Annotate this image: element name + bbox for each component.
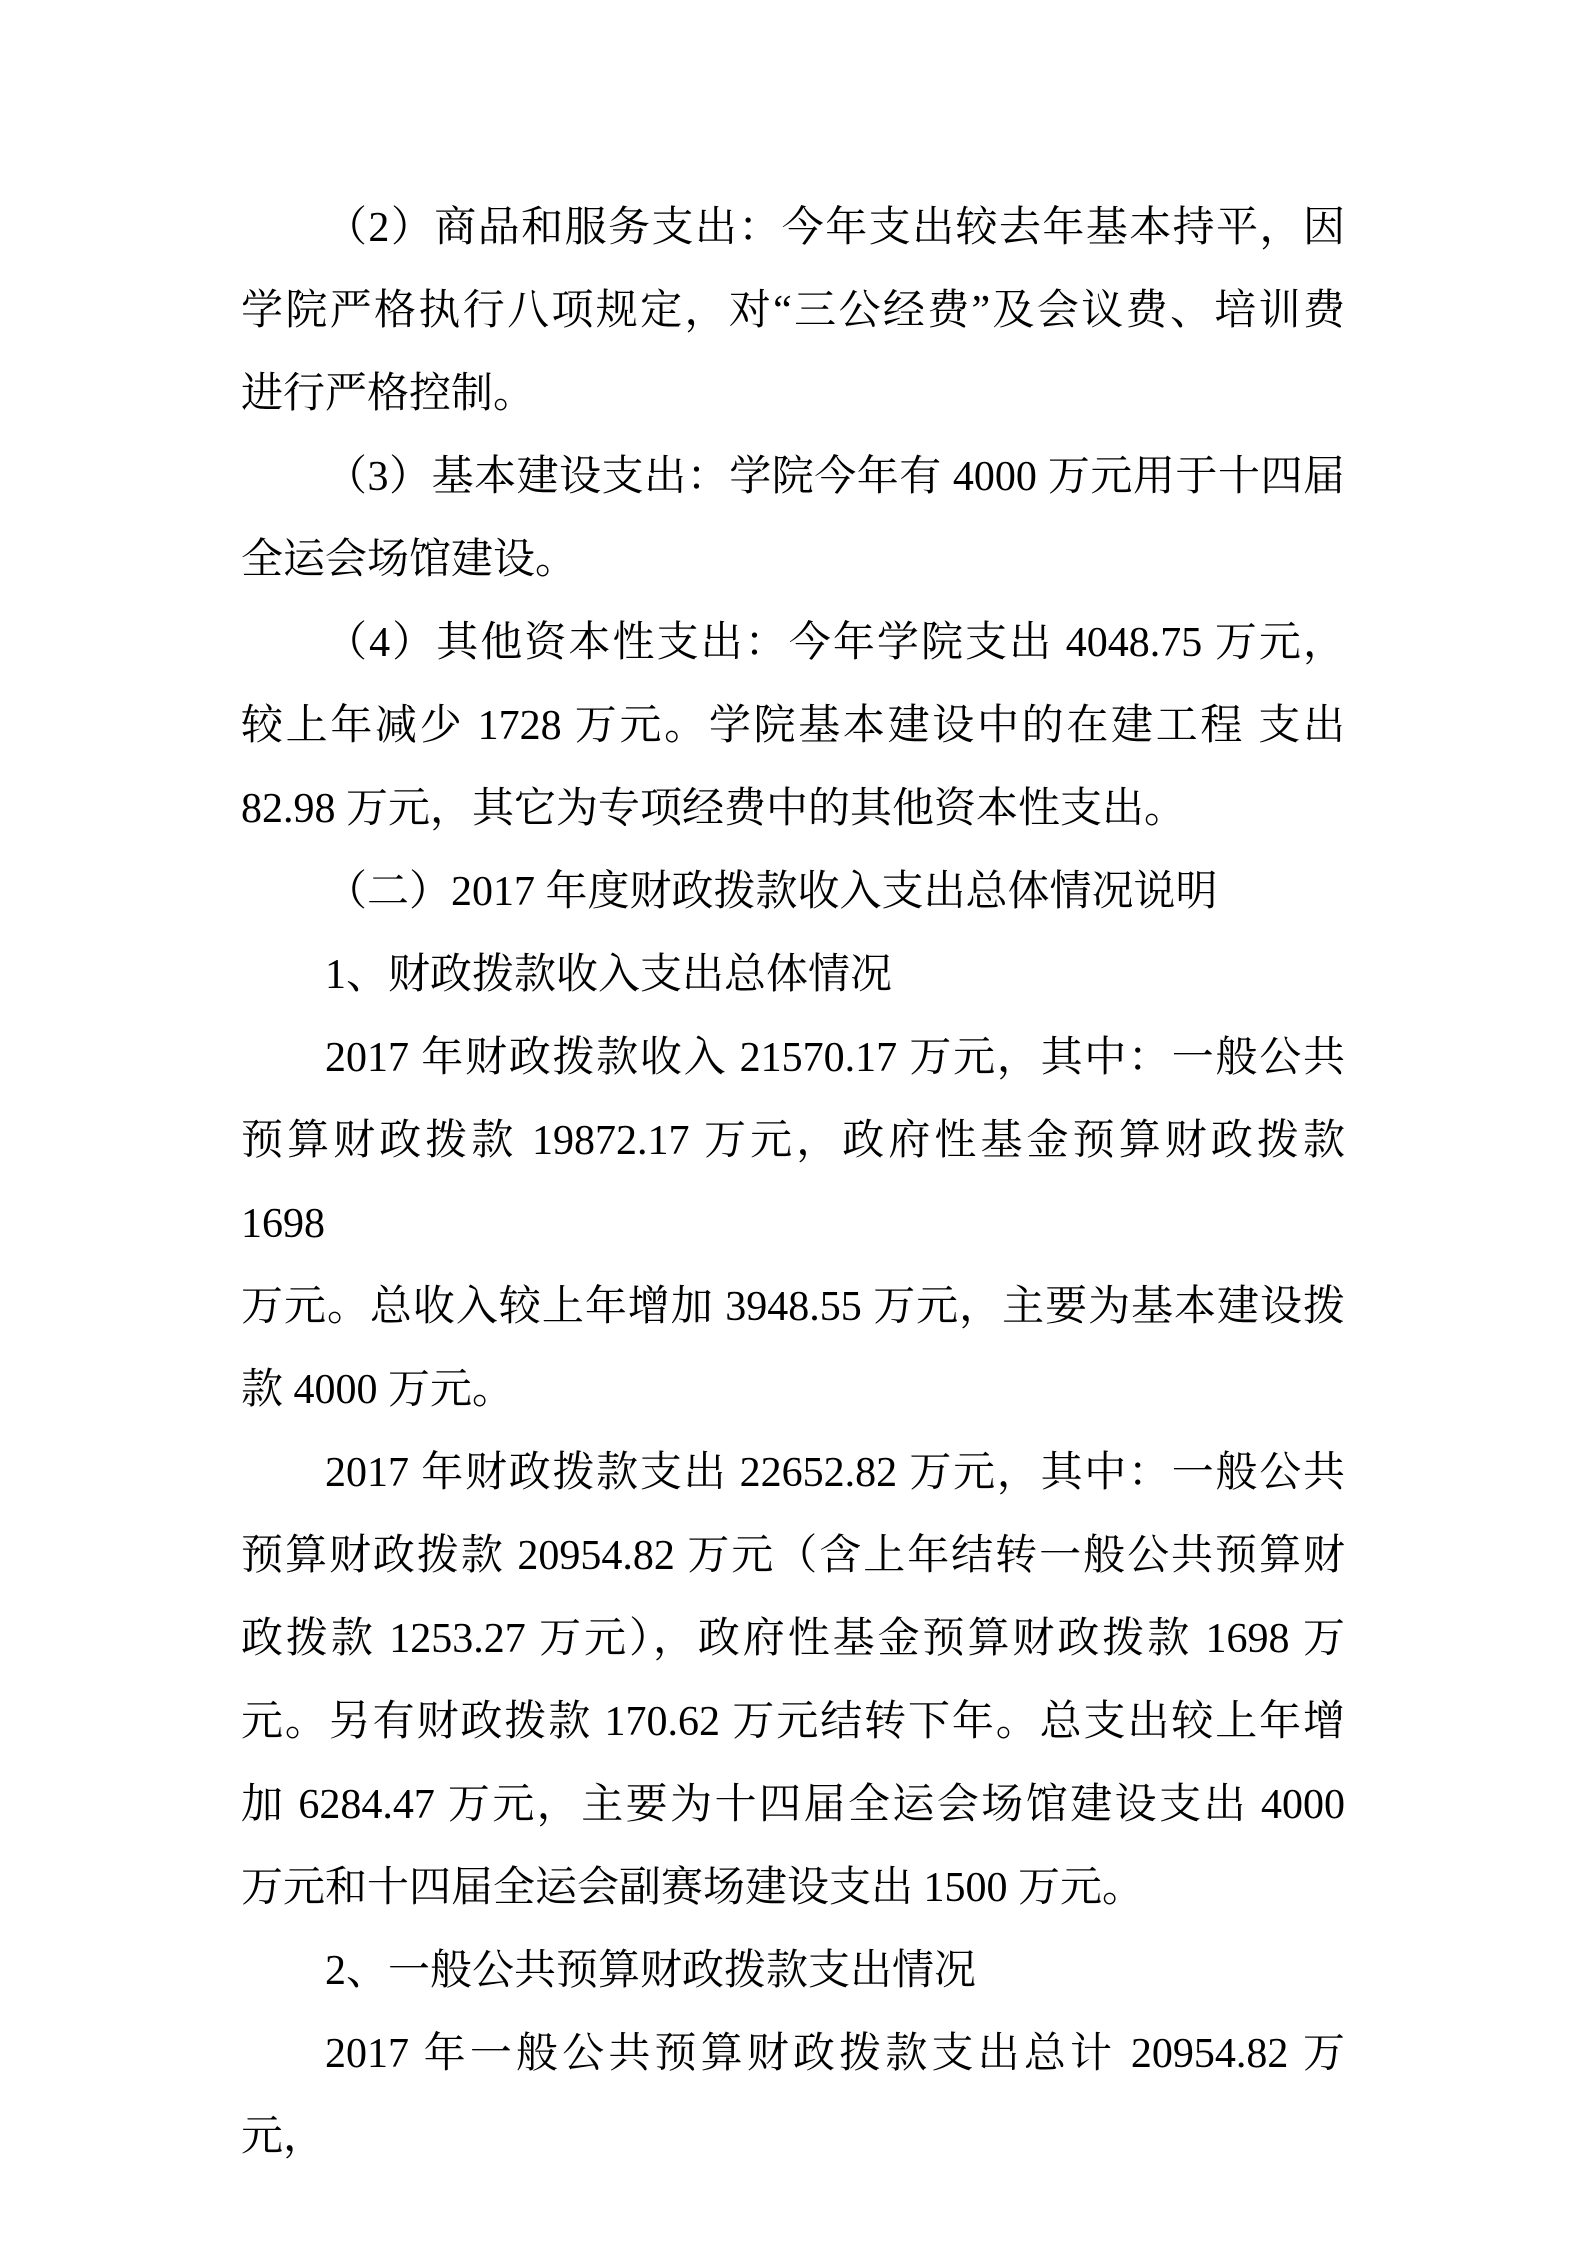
text-line: 2017 年财政拨款收入 21570.17 万元，其中：一般公共: [241, 1017, 1345, 1100]
text-line: （二）2017 年度财政拨款收入支出总体情况说明: [241, 851, 1345, 934]
text-line: 2、一般公共预算财政拨款支出情况: [241, 1930, 1345, 2013]
paragraph: 2017 年财政拨款支出 22652.82 万元，其中：一般公共 预算财政拨款 …: [241, 1432, 1345, 1930]
paragraph-subsection-heading: 1、财政拨款收入支出总体情况: [241, 934, 1345, 1017]
text-line: 1、财政拨款收入支出总体情况: [241, 934, 1345, 1017]
paragraph: （2）商品和服务支出：今年支出较去年基本持平，因 学院严格执行八项规定，对“三公…: [241, 187, 1345, 436]
paragraph: （4）其他资本性支出：今年学院支出 4048.75 万元， 较上年减少 1728…: [241, 602, 1345, 851]
text-line: （4）其他资本性支出：今年学院支出 4048.75 万元，: [241, 602, 1345, 685]
text-line: 82.98 万元，其它为专项经费中的其他资本性支出。: [241, 768, 1345, 851]
text-line: 政拨款 1253.27 万元），政府性基金预算财政拨款 1698 万: [241, 1598, 1345, 1681]
text-line: 2017 年财政拨款支出 22652.82 万元，其中：一般公共: [241, 1432, 1345, 1515]
text-line: 进行严格控制。: [241, 353, 1345, 436]
paragraph: 2017 年一般公共预算财政拨款支出总计 20954.82 万元，: [241, 2013, 1345, 2179]
text-line: 学院严格执行八项规定，对“三公经费”及会议费、培训费: [241, 270, 1345, 353]
text-line: 万元。总收入较上年增加 3948.55 万元，主要为基本建设拨: [241, 1266, 1345, 1349]
text-line: （3）基本建设支出：学院今年有 4000 万元用于十四届: [241, 436, 1345, 519]
text-line: 款 4000 万元。: [241, 1349, 1345, 1432]
paragraph: （3）基本建设支出：学院今年有 4000 万元用于十四届 全运会场馆建设。: [241, 436, 1345, 602]
document-body-text: （2）商品和服务支出：今年支出较去年基本持平，因 学院严格执行八项规定，对“三公…: [241, 187, 1345, 2179]
text-line: 万元和十四届全运会副赛场建设支出 1500 万元。: [241, 1847, 1345, 1930]
paragraph-subsection-heading: 2、一般公共预算财政拨款支出情况: [241, 1930, 1345, 2013]
text-line: 预算财政拨款 20954.82 万元（含上年结转一般公共预算财: [241, 1515, 1345, 1598]
text-line: 2017 年一般公共预算财政拨款支出总计 20954.82 万元，: [241, 2013, 1345, 2179]
text-line: 预算财政拨款 19872.17 万元，政府性基金预算财政拨款 1698: [241, 1100, 1345, 1266]
document-page: { "page": { "background_color": "#ffffff…: [0, 0, 1586, 2242]
text-line: 元。另有财政拨款 170.62 万元结转下年。总支出较上年增: [241, 1681, 1345, 1764]
text-line: （2）商品和服务支出：今年支出较去年基本持平，因: [241, 187, 1345, 270]
paragraph-section-heading: （二）2017 年度财政拨款收入支出总体情况说明: [241, 851, 1345, 934]
text-line: 全运会场馆建设。: [241, 519, 1345, 602]
text-line: 加 6284.47 万元，主要为十四届全运会场馆建设支出 4000: [241, 1764, 1345, 1847]
text-line: 较上年减少 1728 万元。学院基本建设中的在建工程 支出: [241, 685, 1345, 768]
paragraph: 2017 年财政拨款收入 21570.17 万元，其中：一般公共 预算财政拨款 …: [241, 1017, 1345, 1432]
